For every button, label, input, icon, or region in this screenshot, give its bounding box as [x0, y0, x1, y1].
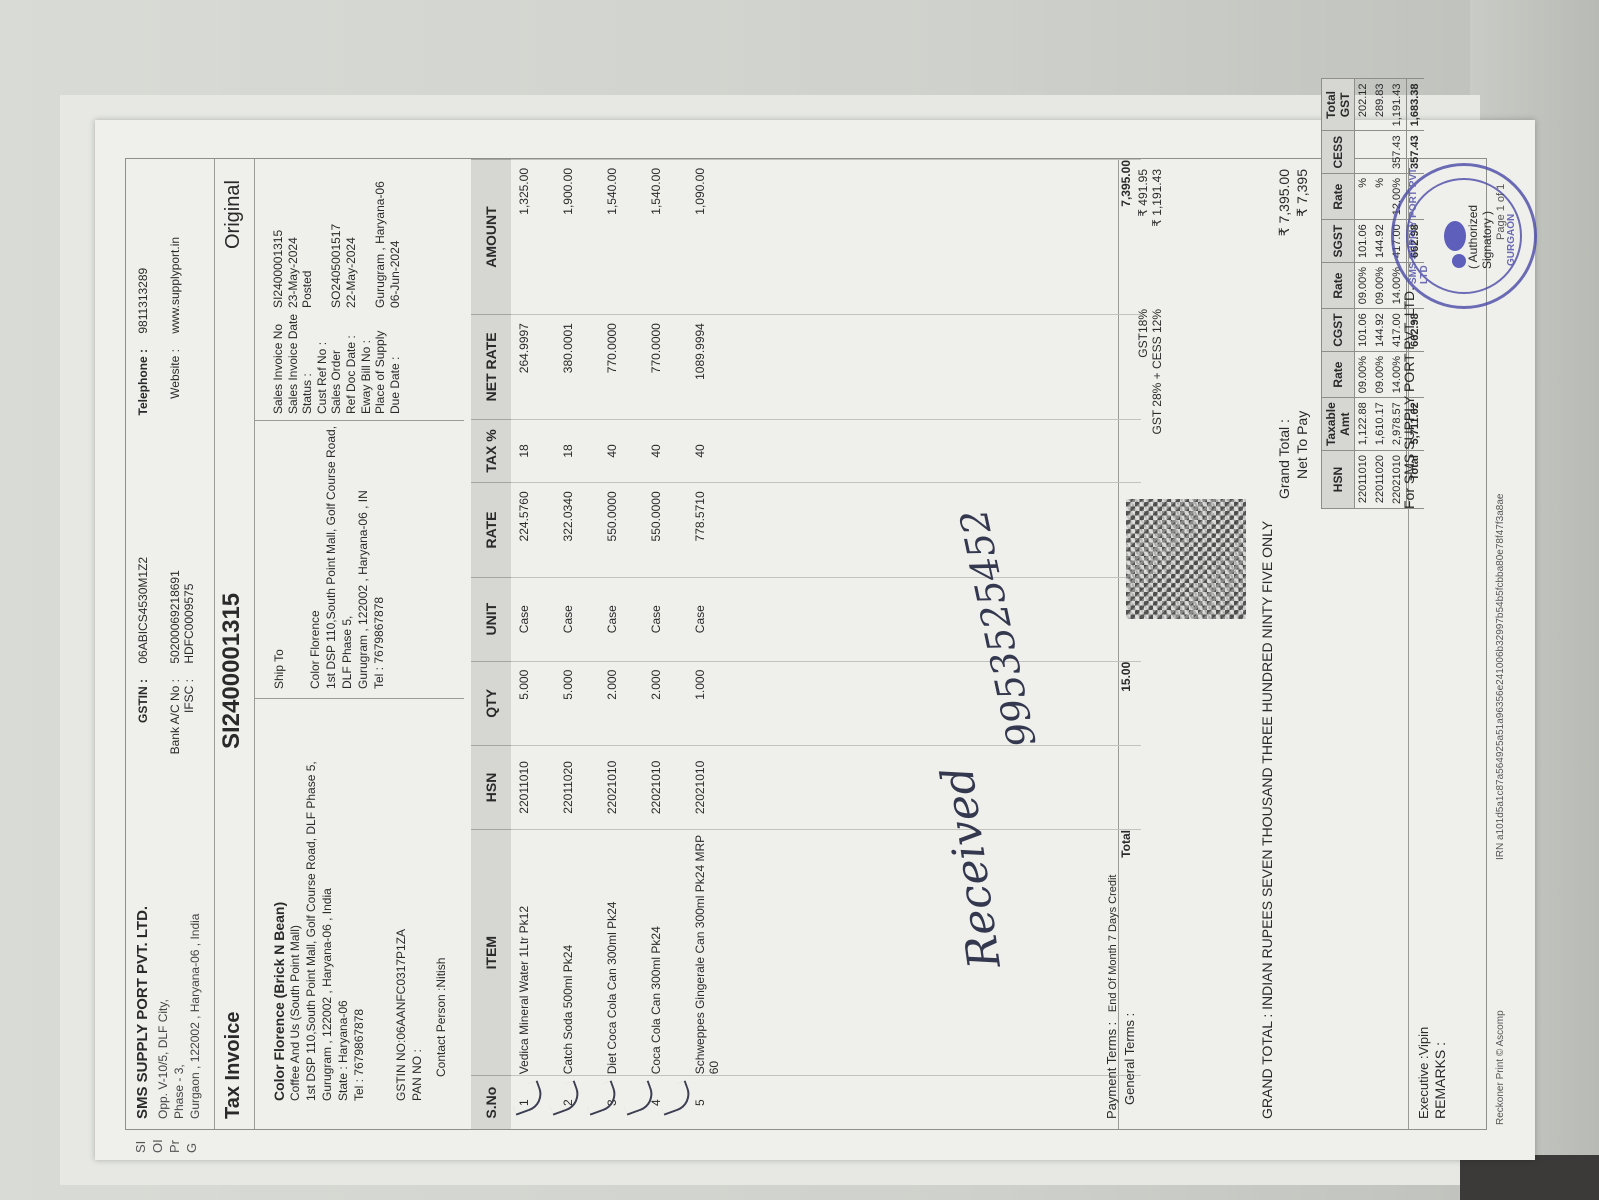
net-to-pay-label: Net To Pay	[1294, 411, 1310, 479]
net-to-pay-value: ₹ 7,395	[1294, 169, 1311, 289]
gst-summary-values: ₹ 491.95 ₹ 1,191.43	[1136, 169, 1164, 269]
ship-to-label: Ship To	[271, 419, 287, 689]
tax-row: 220110101,122.8809.00%101.0609.00%101.06…	[1355, 79, 1373, 509]
shadow-area	[1460, 1155, 1599, 1200]
table-row: 1 Vedica Mineral Water 1Ltr Pk12 2201101…	[511, 160, 555, 1130]
grand-total-label: Grand Total :	[1276, 419, 1292, 499]
divider	[214, 159, 215, 1129]
invoice-meta-row: Status : Posted	[300, 175, 315, 414]
invoice-meta-row: Ref Doc Date : 22-May-2024	[344, 175, 359, 414]
sign-for-company: For SMS SUPPLY PORT PVT. LTD.	[1401, 287, 1417, 509]
seller-website: Website : www.supplyport.in	[168, 237, 182, 429]
remarks-label: REMARKS :	[1432, 1042, 1448, 1119]
invoice-page-rotated: SI OI Pr G SMS SUPPLY PORT PVT. LTD. Opp…	[95, 120, 1535, 1160]
document-title: Tax Invoice	[222, 1012, 245, 1119]
amount-in-words: GRAND TOTAL : INDIAN RUPEES SEVEN THOUSA…	[1259, 521, 1275, 1119]
seller-address-line: Phase - 3,	[172, 1064, 186, 1119]
invoice-number-heading: SI2400001315	[218, 593, 246, 749]
payment-terms: Payment Terms : End Of Month 7 Days Cred…	[1104, 875, 1119, 1119]
bill-to-block: Color Florence (Brick N Bean) Coffee And…	[271, 721, 449, 1101]
table-row: 5 Schweppes Gingerale Can 300ml Pk24 MRP…	[687, 160, 731, 1130]
bill-to-pan: PAN NO :	[409, 721, 425, 1101]
tax-row: 220110201,610.1709.00%144.9209.00%144.92…	[1372, 79, 1389, 509]
items-table: S.No ITEM HSN QTY UNIT RATE TAX % NET RA…	[471, 159, 1141, 1129]
irn-number: IRN a101d5a1c87a564925a51a96356e241006b3…	[1495, 494, 1506, 860]
invoice-page: SI OI Pr G SMS SUPPLY PORT PVT. LTD. Opp…	[95, 120, 1535, 1160]
seller-telephone: Telephone : 9811313289	[136, 268, 150, 429]
invoice-meta: Sales Invoice No SI2400001315Sales Invoi…	[271, 164, 402, 414]
seller-gstin: GSTIN : 06ABICS4530M1Z2	[136, 557, 150, 769]
general-terms: General Terms :	[1122, 1013, 1137, 1119]
invoice-meta-row: Due Date : 06-Jun-2024	[388, 175, 403, 414]
bill-to-name: Color Florence (Brick N Bean)	[271, 721, 287, 1101]
gst-summary-labels: GST18% GST 28% + CESS 12%	[1136, 309, 1164, 479]
invoice-meta-row: Sales Invoice Date 23-May-2024	[286, 175, 301, 414]
grand-total-value: ₹ 7,395.00	[1276, 169, 1293, 289]
seller-address-line: Gurgaon , 122002 , Haryana-06 , India	[188, 914, 202, 1119]
invoice-meta-row: Eway Bill No :	[359, 175, 374, 414]
table-row: 2 Catch Soda 500ml Pk24 22011020 5.000 C…	[555, 160, 599, 1130]
invoice-meta-row: Cust Ref No :	[315, 175, 330, 414]
seller-ifsc: IFSC : HDFC0009575	[182, 584, 196, 769]
contact-person: Contact Person :Nitish	[433, 721, 449, 1101]
seller-bank-account: Bank A/C No : 50200069218691	[168, 570, 182, 769]
truncated-margin-text: SI OI Pr G	[132, 1139, 200, 1153]
divider	[254, 159, 255, 1129]
table-row: 3 Diet Coca Cola Can 300ml Pk24 22021010…	[599, 160, 643, 1130]
copy-label: Original	[222, 180, 245, 249]
printed-by: Reckoner Print © Ascomp	[1495, 1010, 1506, 1125]
invoice-meta-row: Sales Invoice No SI2400001315	[271, 175, 286, 414]
table-row: 4 Coca Cola Can 300ml Pk24 22021010 2.00…	[643, 160, 687, 1130]
divider	[254, 698, 464, 699]
executive: Executive :Vipin	[1416, 1027, 1431, 1119]
qr-code	[1126, 499, 1246, 619]
ship-to-block: Ship To Color Florence 1st DSP 110,South…	[271, 419, 387, 689]
invoice-meta-row: Place of Supply Gurugram , Haryana-06	[373, 175, 388, 414]
invoice-frame: SI OI Pr G SMS SUPPLY PORT PVT. LTD. Opp…	[125, 158, 1487, 1130]
seller-address-line: Opp. V-10/5, DLF City,	[156, 999, 170, 1119]
invoice-meta-row: Sales Order SO2405001517	[329, 175, 344, 414]
page-number: Page 1 of 1	[1495, 184, 1507, 240]
company-stamp: SMS SUPPLY PORT PVT. LTD GURGAON	[1391, 163, 1537, 309]
items-total-row: Total 15.00 7,395.00	[1119, 160, 1142, 1130]
divider	[254, 420, 464, 421]
bill-to-gstin: GSTIN NO:06AANFC0317P1ZA	[393, 721, 409, 1101]
seller-name: SMS SUPPLY PORT PVT. LTD.	[134, 906, 151, 1119]
